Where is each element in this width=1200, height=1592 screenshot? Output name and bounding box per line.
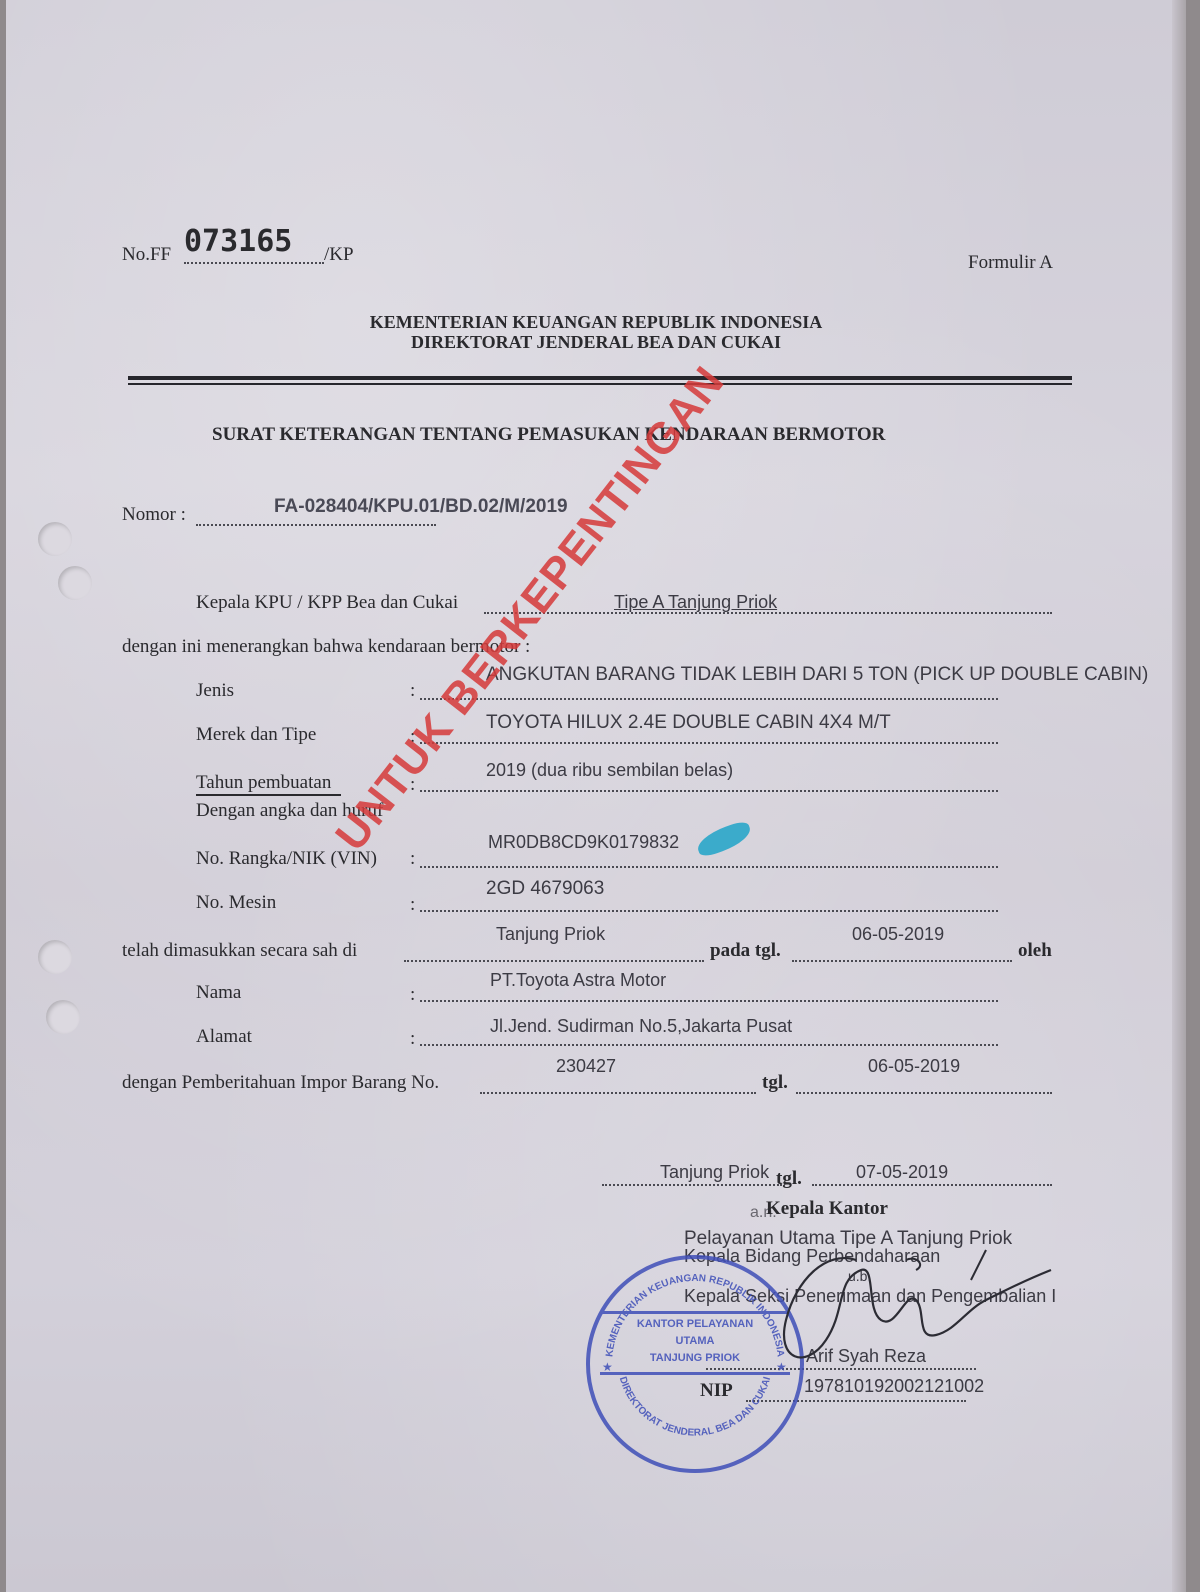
page-edge: [1172, 0, 1186, 1592]
form-number: 073165: [184, 224, 292, 259]
dotted-line: [420, 1000, 998, 1002]
dotted-line: [420, 866, 998, 868]
entry-label: telah dimasukkan secara sah di: [122, 940, 357, 962]
importer-address-label: Alamat: [196, 1026, 252, 1048]
signoff-date-label: tgl.: [776, 1168, 802, 1190]
separator: :: [410, 680, 415, 702]
header-rule: [128, 383, 1072, 385]
punch-hole: [46, 1000, 80, 1034]
signoff-head: Kepala Kantor: [766, 1198, 888, 1220]
dotted-line: [196, 524, 436, 526]
directorate-heading: DIREKTORAT JENDERAL BEA DAN CUKAI: [6, 332, 1186, 353]
signoff-place: Tanjung Priok: [660, 1162, 769, 1183]
pib-label: dengan Pemberitahuan Impor Barang No.: [122, 1072, 439, 1094]
stamp-center-line: TANJUNG PRIOK: [600, 1350, 790, 1367]
stamp-center-line: KANTOR PELAYANAN: [600, 1316, 790, 1333]
entry-date: 06-05-2019: [852, 924, 944, 945]
dotted-line: [420, 698, 998, 700]
dotted-line: [420, 742, 998, 744]
dotted-line: [602, 1184, 782, 1186]
separator: :: [410, 894, 415, 916]
signoff-date: 07-05-2019: [856, 1162, 948, 1183]
form-number-prefix: No.FF: [122, 244, 171, 266]
field-value-mesin: 2GD 4679063: [486, 878, 604, 900]
importer-name-label: Nama: [196, 982, 241, 1004]
dotted-line: [480, 1092, 756, 1094]
form-number-suffix: /KP: [324, 244, 354, 266]
pib-number: 230427: [556, 1056, 616, 1077]
header-rule: [128, 376, 1072, 380]
field-label-merek: Merek dan Tipe: [196, 724, 316, 746]
form-type: Formulir A: [968, 252, 1053, 274]
entry-place: Tanjung Priok: [496, 924, 605, 945]
separator: :: [410, 848, 415, 870]
dotted-line: [812, 1184, 1052, 1186]
svg-text:DIREKTORAT JENDERAL BEA DAN CU: DIREKTORAT JENDERAL BEA DAN CUKAI: [617, 1375, 774, 1438]
ink-blot: [694, 819, 754, 859]
punch-hole: [38, 522, 72, 556]
field-label-mesin: No. Mesin: [196, 892, 276, 914]
dotted-line: [792, 960, 1012, 962]
nomor-value: FA-028404/KPU.01/BD.02/M/2019: [274, 496, 568, 518]
pib-date: 06-05-2019: [868, 1056, 960, 1077]
entry-by-label: oleh: [1018, 940, 1052, 962]
field-value-merek: TOYOTA HILUX 2.4E DOUBLE CABIN 4X4 M/T: [486, 712, 891, 734]
dotted-line: [796, 1092, 1052, 1094]
office-label: Kepala KPU / KPP Bea dan Cukai: [196, 592, 458, 614]
importer-name: PT.Toyota Astra Motor: [490, 970, 666, 991]
stamp-center: KANTOR PELAYANAN UTAMA TANJUNG PRIOK: [600, 1311, 790, 1375]
field-label-tahun: Tahun pembuatan: [196, 772, 341, 796]
dotted-line: [404, 960, 704, 962]
entry-date-label: pada tgl.: [710, 940, 781, 962]
dotted-line: [420, 1044, 998, 1046]
stamp-center-line: UTAMA: [600, 1333, 790, 1350]
field-label-vin: No. Rangka/NIK (VIN): [196, 848, 377, 870]
handwritten-signature: [766, 1240, 1066, 1380]
importer-address: Jl.Jend. Sudirman No.5,Jakarta Pusat: [490, 1016, 792, 1037]
ministry-heading: KEMENTERIAN KEUANGAN REPUBLIK INDONESIA: [6, 312, 1186, 333]
office-value: Tipe A Tanjung Priok: [614, 592, 777, 613]
field-value-tahun: 2019 (dua ribu sembilan belas): [486, 760, 733, 781]
field-value-jenis: ANGKUTAN BARANG TIDAK LEBIH DARI 5 TON (…: [486, 664, 1148, 686]
separator: :: [410, 1028, 415, 1050]
dotted-line: [420, 790, 998, 792]
field-label-jenis: Jenis: [196, 680, 234, 702]
separator: :: [410, 984, 415, 1006]
punch-hole: [38, 940, 72, 974]
nomor-label: Nomor :: [122, 504, 186, 526]
document-title: SURAT KETERANGAN TENTANG PEMASUKAN KENDA…: [212, 424, 885, 446]
field-value-vin: MR0DB8CD9K0179832: [488, 832, 679, 853]
pib-date-label: tgl.: [762, 1072, 788, 1094]
document-page: No.FF 073165 /KP Formulir A KEMENTERIAN …: [6, 0, 1186, 1592]
dotted-line: [420, 910, 998, 912]
dotted-line: [184, 262, 324, 264]
punch-hole: [58, 566, 92, 600]
